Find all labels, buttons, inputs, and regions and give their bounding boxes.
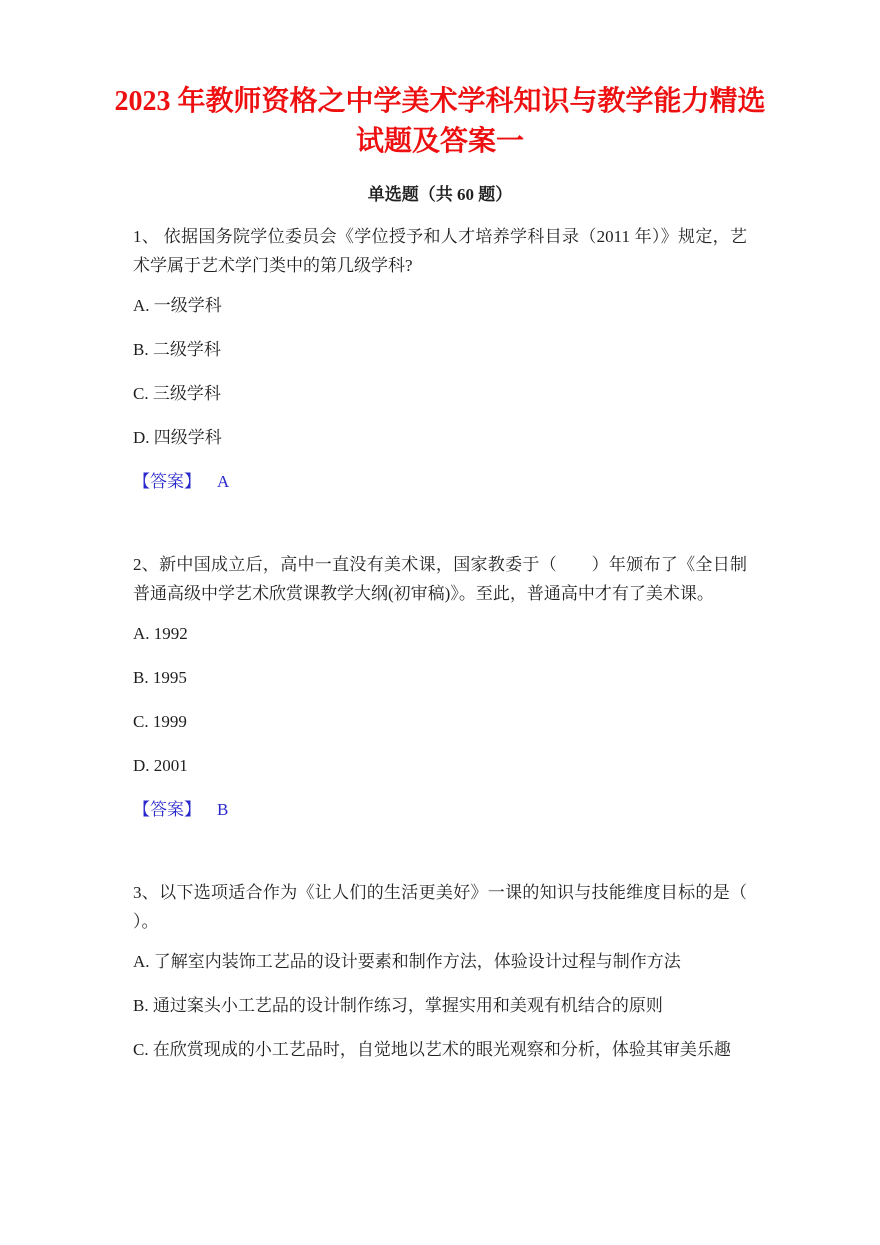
question-3-option-a: A. 了解室内装饰工艺品的设计要素和制作方法，体验设计过程与制作方法 — [133, 947, 747, 976]
answer-label: 【答案】 — [133, 800, 201, 819]
question-3-option-c: C. 在欣赏现成的小工艺品时，自觉地以艺术的眼光观察和分析，体验其审美乐趣 — [133, 1035, 747, 1064]
document-title: 2023 年教师资格之中学美术学科知识与教学能力精选试题及答案一 — [108, 82, 772, 162]
question-1-option-b: B. 二级学科 — [133, 335, 747, 364]
answer-label: 【答案】 — [133, 472, 201, 491]
question-2-option-d: D. 2001 — [133, 751, 747, 780]
question-3-option-b: B. 通过案头小工艺品的设计制作练习，掌握实用和美观有机结合的原则 — [133, 991, 747, 1020]
question-2-stem: 2、新中国成立后，高中一直没有美术课，国家教委于（ ）年颁布了《全日制普通高级中… — [133, 550, 747, 608]
question-2-option-a: A. 1992 — [133, 619, 747, 648]
section-heading: 单选题（共 60 题） — [133, 183, 747, 207]
question-block-1: 1、 依据国务院学位委员会《学位授予和人才培养学科目录（2011 年）》规定，艺… — [133, 222, 747, 496]
question-1-answer-line: 【答案】A — [133, 467, 747, 496]
question-1-option-d: D. 四级学科 — [133, 423, 747, 452]
question-2-answer-line: 【答案】B — [133, 795, 747, 824]
question-3-stem: 3、以下选项适合作为《让人们的生活更美好》一课的知识与技能维度目标的是（ ）。 — [133, 878, 747, 936]
document-page: 2023 年教师资格之中学美术学科知识与教学能力精选试题及答案一 单选题（共 6… — [0, 0, 880, 1245]
question-block-3: 3、以下选项适合作为《让人们的生活更美好》一课的知识与技能维度目标的是（ ）。 … — [133, 878, 747, 1064]
question-1-option-a: A. 一级学科 — [133, 291, 747, 320]
question-2-option-b: B. 1995 — [133, 663, 747, 692]
question-1-option-c: C. 三级学科 — [133, 379, 747, 408]
question-1-stem: 1、 依据国务院学位委员会《学位授予和人才培养学科目录（2011 年）》规定，艺… — [133, 222, 747, 280]
answer-value: B — [217, 800, 228, 819]
answer-value: A — [217, 472, 229, 491]
question-2-option-c: C. 1999 — [133, 707, 747, 736]
question-block-2: 2、新中国成立后，高中一直没有美术课，国家教委于（ ）年颁布了《全日制普通高级中… — [133, 550, 747, 824]
